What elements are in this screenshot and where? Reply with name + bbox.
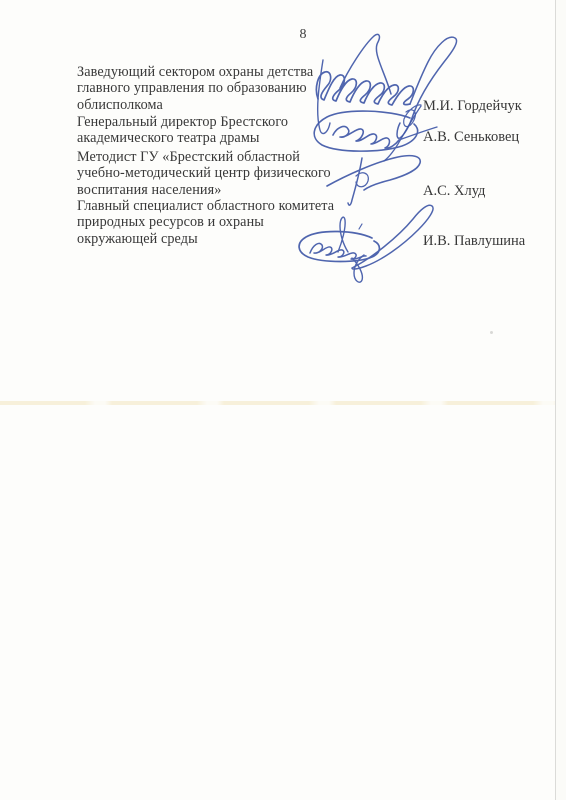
signatory-title-block: Генеральный директор Брестского академич…	[77, 114, 377, 147]
title-line: главного управления по образованию	[77, 80, 377, 96]
title-line: окружающей среды	[77, 231, 377, 247]
title-line: природных ресурсов и охраны	[77, 214, 377, 230]
title-line: Заведующий сектором охраны детства	[77, 64, 377, 80]
page-number: 8	[290, 27, 316, 43]
signatory-name: М.И. Гордейчук	[423, 98, 558, 115]
scan-speck	[490, 331, 493, 334]
title-line: Методист ГУ «Брестский областной	[77, 149, 377, 165]
signatory-name: И.В. Павлушина	[423, 233, 558, 250]
scanned-document-page: 8 Заведующий сектором охраны детства гла…	[0, 0, 566, 800]
title-line: Генеральный директор Брестского	[77, 114, 377, 130]
signatory-title-block: Методист ГУ «Брестский областной учебно-…	[77, 149, 377, 198]
paper-fold-line	[0, 401, 566, 405]
title-line: облисполкома	[77, 97, 377, 113]
title-line: учебно-методический центр физического	[77, 165, 377, 181]
title-line: академического театра драмы	[77, 130, 377, 146]
scan-edge-line	[555, 0, 556, 800]
signatory-name: А.В. Сеньковец	[423, 129, 558, 146]
signatory-title-block: Заведующий сектором охраны детства главн…	[77, 64, 377, 113]
title-line: воспитания населения»	[77, 182, 377, 198]
signatory-name: А.С. Хлуд	[423, 183, 558, 200]
title-line: Главный специалист областного комитета	[77, 198, 377, 214]
signatory-title-block: Главный специалист областного комитета п…	[77, 198, 377, 247]
scan-margin	[556, 0, 566, 800]
